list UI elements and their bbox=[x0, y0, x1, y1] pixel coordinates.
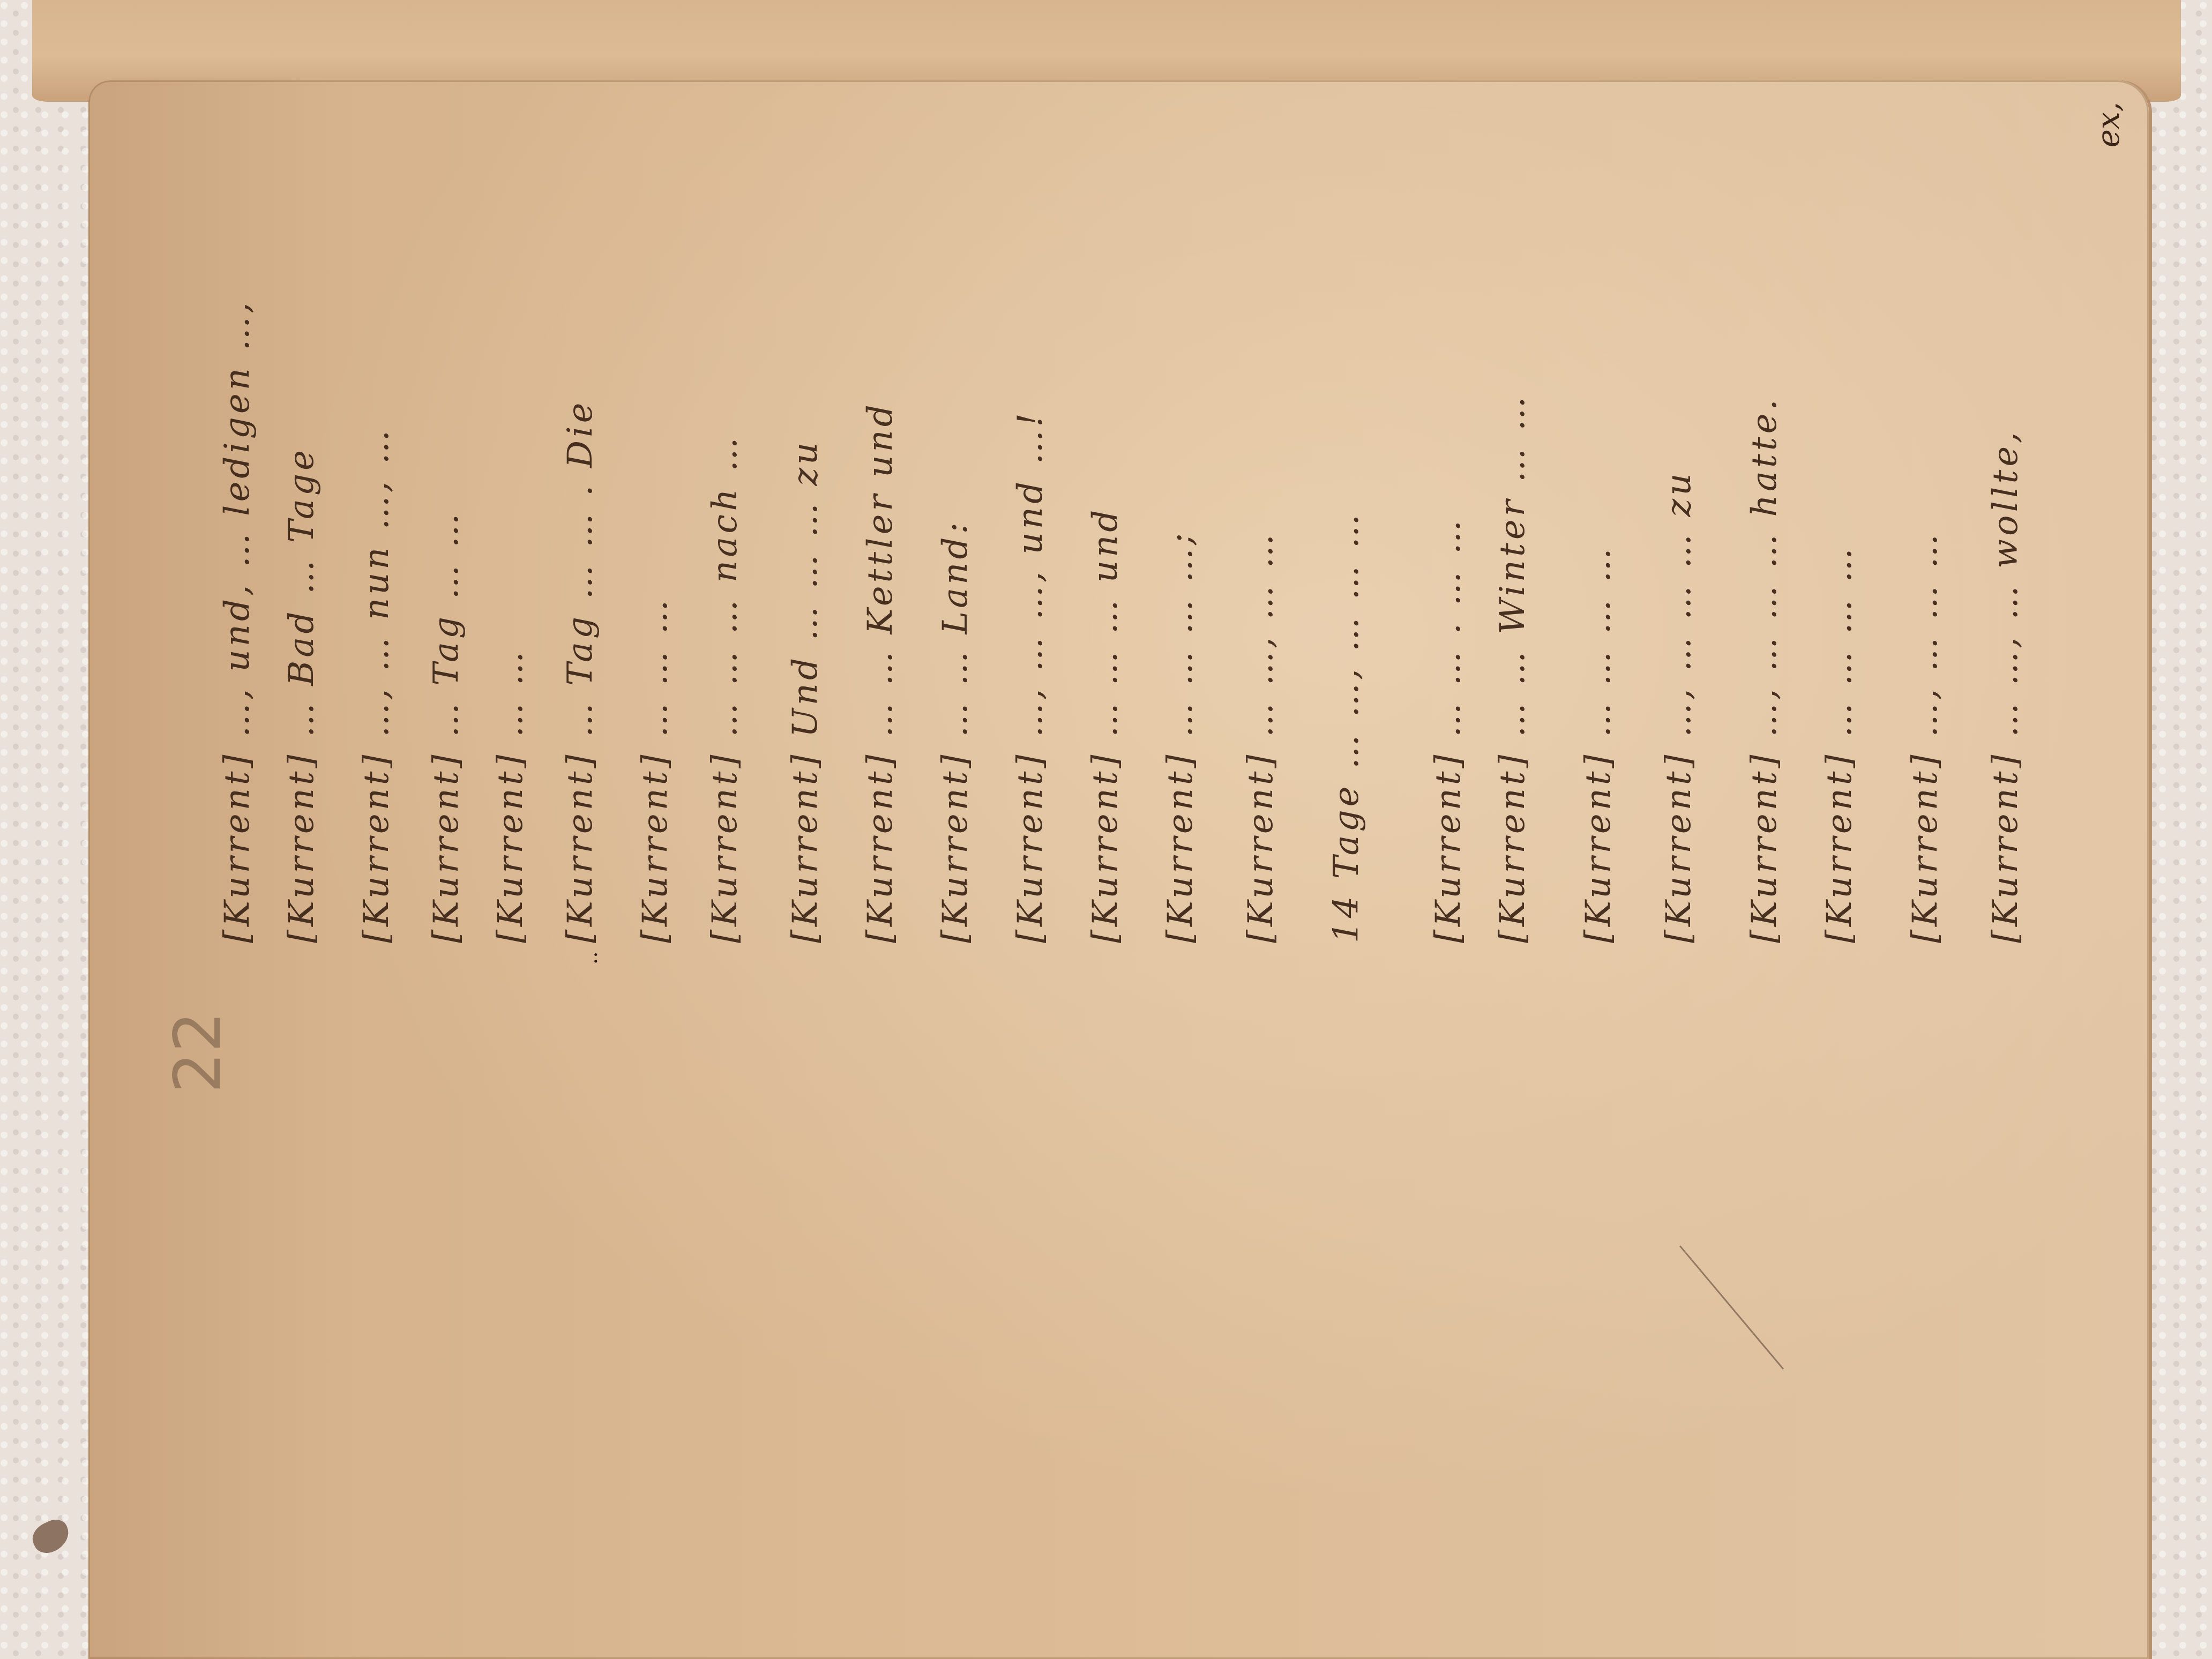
text-line: [Kurrent] …, … … … zu bbox=[1645, 86, 1709, 943]
text-line: [Kurrent] …, … nun …, … bbox=[343, 86, 407, 943]
ink-dots: : bbox=[592, 943, 599, 968]
text-line: [Kurrent] … … . … … bbox=[1415, 86, 1479, 943]
text-line: [Kurrent] … … … bbox=[622, 86, 686, 943]
text-line: [Kurrent] … … … und bbox=[1072, 86, 1136, 943]
text-line: [Kurrent] … … Kettler und bbox=[847, 86, 911, 943]
text-line: [Kurrent] … … … … bbox=[1806, 86, 1870, 943]
text-line: 14 Tage … …, … … … bbox=[1313, 86, 1377, 943]
text-line: [Kurrent] … Bad … Tage bbox=[268, 86, 332, 943]
text-line: [Kurrent] … … Land: bbox=[922, 86, 986, 943]
text-line: [Kurrent] Und … … … zu bbox=[772, 86, 836, 943]
text-line: [Kurrent] …, … … … bbox=[1892, 86, 1956, 943]
text-line: [Kurrent] … … Winter … … bbox=[1479, 86, 1543, 943]
text-line: [Kurrent] …, und, … ledigen …, bbox=[204, 86, 268, 943]
catchword: ex, bbox=[2090, 102, 2126, 147]
text-line: [Kurrent] … … … … bbox=[1565, 86, 1629, 943]
text-line: [Kurrent] … …, … … bbox=[1227, 86, 1291, 943]
text-line: [Kurrent] … … bbox=[477, 86, 541, 943]
text-line: [Kurrent] … Tag … … . Die bbox=[547, 86, 611, 943]
text-line: [Kurrent] … Tag … … bbox=[413, 86, 477, 943]
text-line: [Kurrent] … …, … wollte, bbox=[1972, 86, 2036, 943]
text-line: [Kurrent] …, … … … hatte. bbox=[1731, 86, 1795, 943]
page-number: 22 bbox=[161, 1011, 235, 1093]
text-line: [Kurrent] … … … nach … bbox=[691, 86, 756, 943]
text-line: [Kurrent] …, … …, und …! bbox=[997, 86, 1061, 943]
text-line: [Kurrent] … … … …; bbox=[1147, 86, 1211, 943]
